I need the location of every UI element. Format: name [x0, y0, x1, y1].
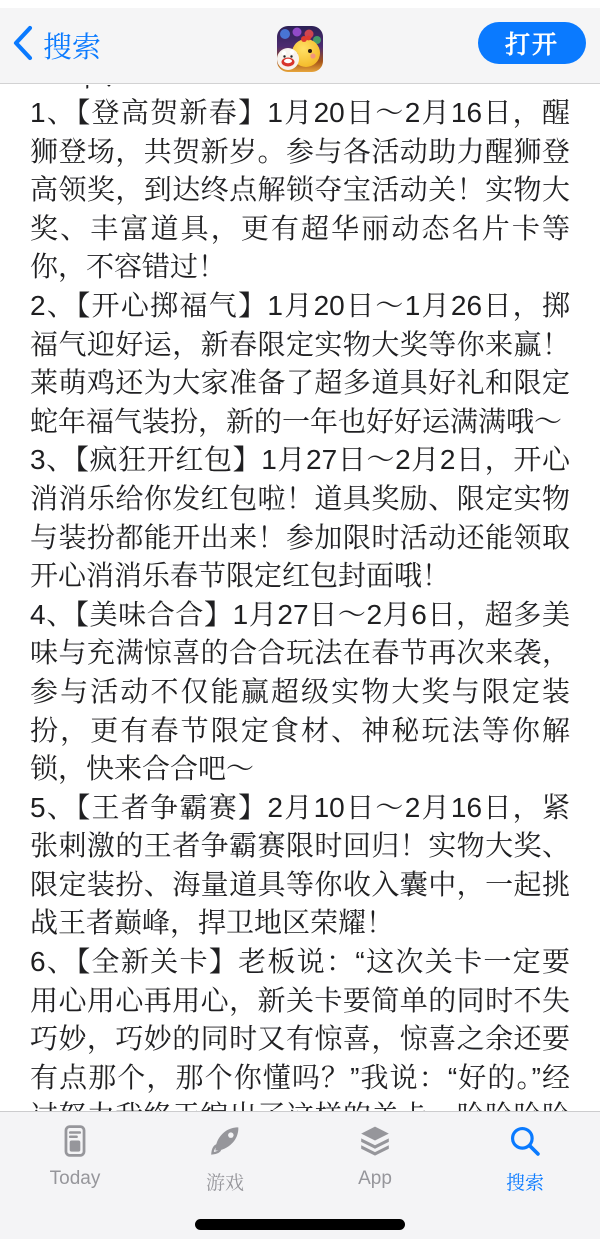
release-note-paragraph-3: 3、【疯狂开红包】1月27日～2月2日，开心消消乐给你发红包啦！道具奖励、限定实…	[30, 441, 570, 595]
release-note-paragraph-5: 5、【王者争霸赛】2月10日～2月16日，紧张刺激的王者争霸赛限时回归！实物大奖…	[30, 789, 570, 943]
tab-apps[interactable]: App	[300, 1112, 450, 1190]
release-notes-text: 卡！ 1、【登高贺新春】1月20日～2月16日，醒狮登场，共贺新岁。参与各活动助…	[0, 85, 600, 1213]
status-bar-area	[0, 0, 600, 8]
back-button[interactable]: 搜索	[12, 24, 192, 67]
tab-games-label: 游戏	[206, 1168, 244, 1195]
open-app-button[interactable]: 打开	[478, 22, 586, 64]
tab-apps-label: App	[358, 1168, 392, 1190]
release-note-paragraph-1: 1、【登高贺新春】1月20日～2月16日，醒狮登场，共贺新岁。参与各活动助力醒狮…	[30, 94, 570, 287]
today-icon	[58, 1124, 92, 1163]
release-note-paragraph-4: 4、【美味合合】1月27日～2月6日，超多美味与充满惊喜的合合玩法在春节再次来袭…	[30, 596, 570, 789]
apps-stack-icon	[358, 1124, 392, 1163]
clipped-previous-line: 卡！	[30, 85, 570, 94]
release-note-paragraph-2: 2、【开心掷福气】1月20日～1月26日，掷福气迎好运，新春限定实物大奖等你来赢…	[30, 287, 570, 441]
chevron-left-icon	[12, 24, 34, 67]
tab-games[interactable]: 游戏	[150, 1112, 300, 1195]
navigation-bar: 搜索	[0, 8, 600, 84]
app-store-screen: 搜索	[0, 0, 600, 1239]
tab-search-label: 搜索	[506, 1168, 544, 1195]
home-indicator[interactable]	[195, 1219, 405, 1230]
search-icon	[508, 1124, 542, 1163]
tab-today[interactable]: Today	[0, 1112, 150, 1190]
back-button-label: 搜索	[43, 25, 101, 66]
games-rocket-icon	[208, 1124, 242, 1163]
tab-search[interactable]: 搜索	[450, 1112, 600, 1195]
app-icon[interactable]	[277, 26, 323, 72]
tab-today-label: Today	[50, 1168, 101, 1190]
